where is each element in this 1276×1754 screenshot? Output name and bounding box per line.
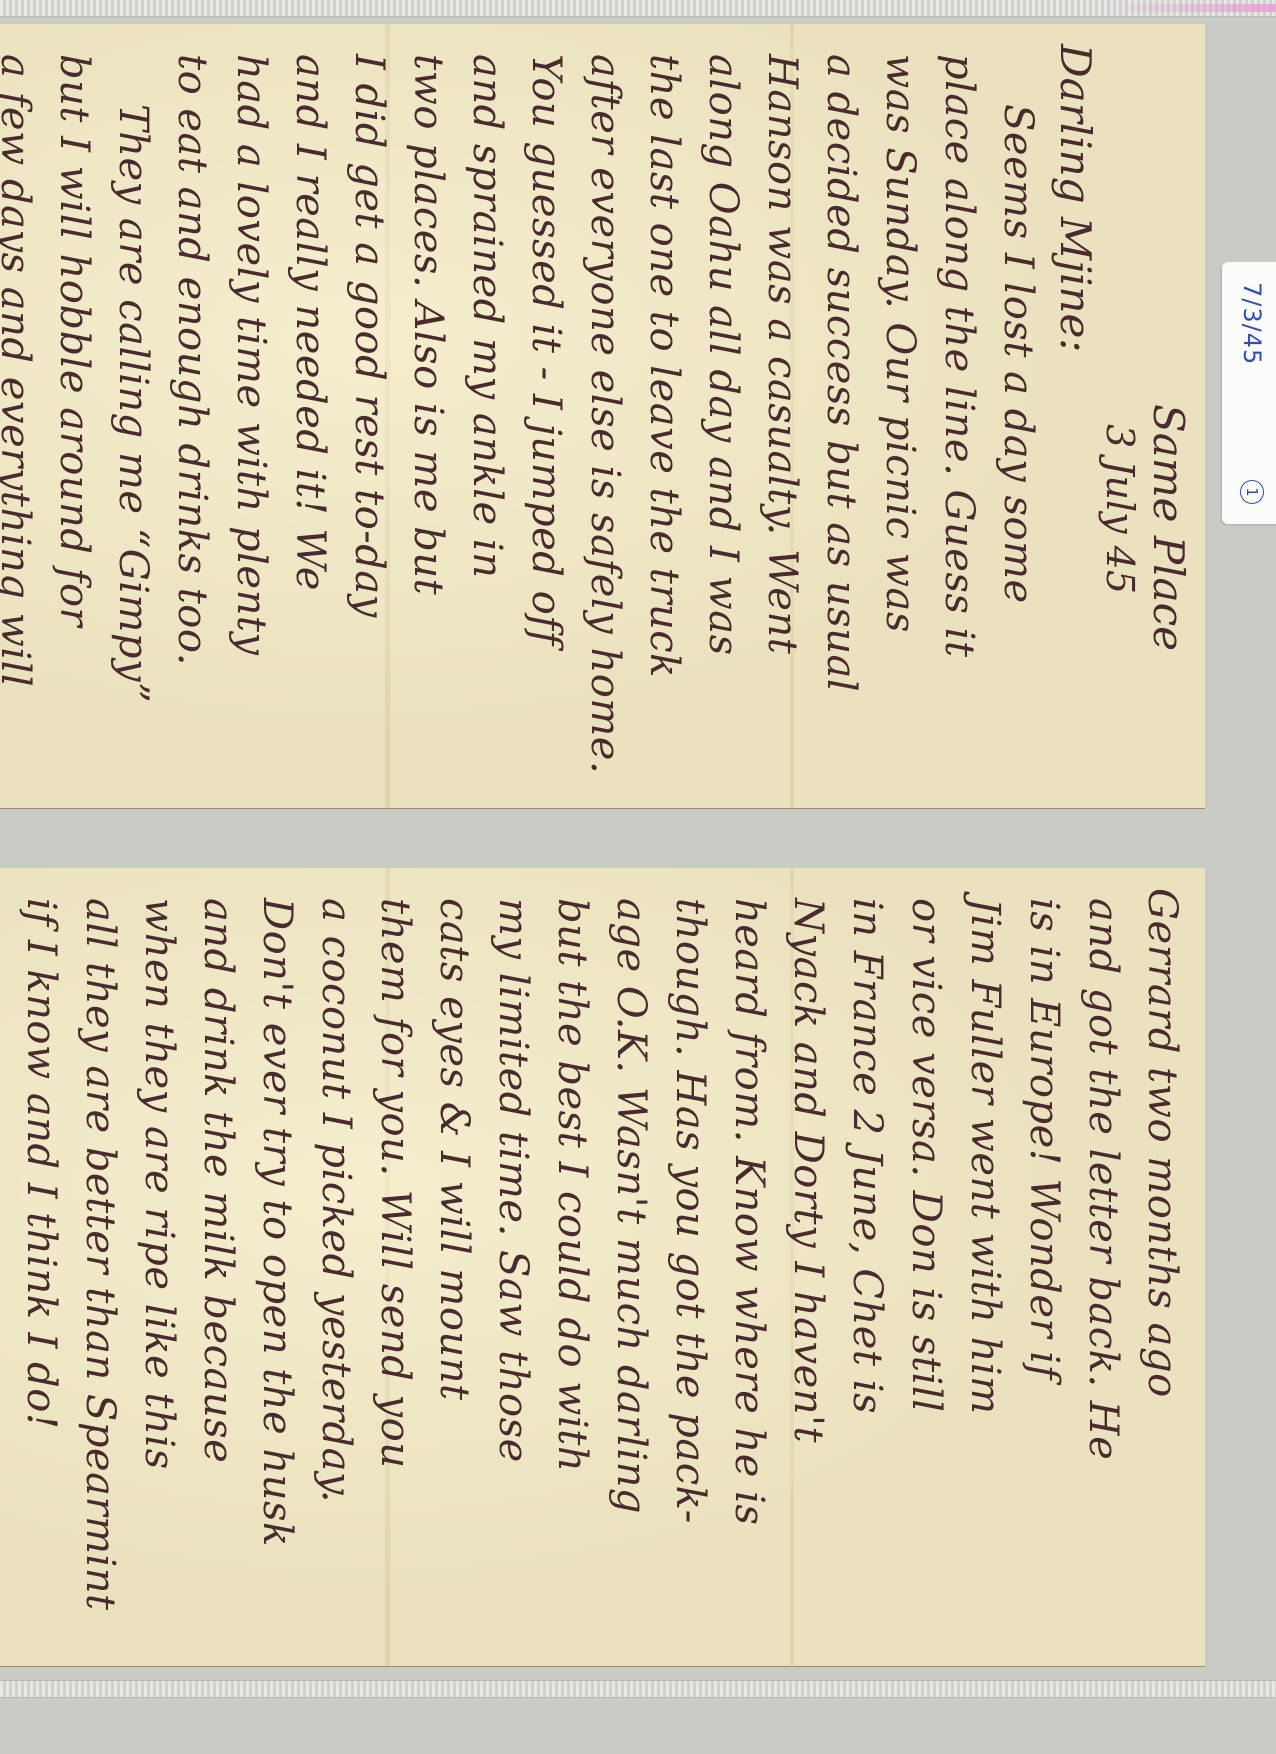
letter-line: is in Europe! Wonder if <box>1014 868 1073 1666</box>
sleeve-seam-bottom <box>0 1680 1276 1698</box>
letter-line: and got the letter back. He <box>1073 868 1132 1666</box>
letter-line: in France 2 June, Chet is <box>837 868 896 1666</box>
letter-line: Don't ever try to open the husk <box>247 868 306 1666</box>
letter-line: Gerrard two months ago <box>1132 868 1191 1666</box>
letter-line: all they are better than Spearmint <box>70 868 129 1666</box>
letter-line: place along the line. Guess it <box>929 24 988 808</box>
letter-line: age O.K. Wasn't much darling <box>601 868 660 1666</box>
letter-line: Seems I lost a day some <box>988 24 1047 808</box>
archive-tag-date: 7/3/45 <box>1238 282 1266 365</box>
letter-line: them for you. Will send you <box>365 868 424 1666</box>
letter-line: Jim Fuller went with him <box>955 868 1014 1666</box>
letter-line: but I will hobble around for <box>44 24 103 808</box>
archive-tag: 7/3/45 1 <box>1222 262 1276 524</box>
letter-line: a few days and everything will <box>0 24 44 808</box>
letter-line: to eat and enough drinks too. <box>162 24 221 808</box>
letter-place: Same Place <box>1143 24 1205 808</box>
letter-line: when they are ripe like this <box>129 868 188 1666</box>
letter-date: 3 July 45 <box>1097 24 1143 808</box>
letter-line: They are calling me “Gimpy” <box>103 24 162 808</box>
letter-line: the last one to leave the truck <box>634 24 693 808</box>
letter-line: cats eyes & I will mount <box>424 868 483 1666</box>
letter-line: heard from. Know where he is <box>719 868 778 1666</box>
letter-line: and drink the milk because <box>188 868 247 1666</box>
letter-line: along Oahu all day and I was <box>693 24 752 808</box>
letter-line: though. Has you got the pack- <box>660 868 719 1666</box>
letter-line: Hanson was a casualty. Went <box>752 24 811 808</box>
letter-line: was Sunday. Our picnic was <box>870 24 929 808</box>
letter-line: Green ones are the ones we <box>0 868 11 1666</box>
letter-line: Nyack and Dorty I haven't <box>778 868 837 1666</box>
letter-line: if I know and I think I do! <box>11 868 70 1666</box>
sleeve-seam-top <box>0 0 1276 17</box>
letter-salutation: Darling Mjine: <box>1047 24 1103 808</box>
letter-line: a coconut I picked yesterday. <box>306 868 365 1666</box>
archive-tag-page-number: 1 <box>1240 480 1264 504</box>
letter-line: but the best I could do with <box>542 868 601 1666</box>
page-2-writing: Gerrard two months ago and got the lette… <box>0 868 1205 1666</box>
letter-line: two places. Also is me but <box>398 24 457 808</box>
letter-line: after everyone else is safely home. <box>575 24 634 808</box>
letter-line: or vice versa. Don is still <box>896 868 955 1666</box>
letter-line: my limited time. Saw those <box>483 868 542 1666</box>
archive-tag-content: 7/3/45 1 <box>1222 262 1276 524</box>
letter-line: had a lovely time with plenty <box>221 24 280 808</box>
letter-page-1: Same Place 3 July 45 Darling Mjine: Seem… <box>0 24 1205 808</box>
letter-line: You guessed it - I jumped off <box>516 24 575 808</box>
letter-line: a decided success but as usual <box>811 24 870 808</box>
letter-line: and sprained my ankle in <box>457 24 516 808</box>
page-1-writing: Same Place 3 July 45 Darling Mjine: Seem… <box>0 24 1205 808</box>
letter-line: I did get a good rest to-day <box>339 24 398 808</box>
letter-line: and I really needed it! We <box>280 24 339 808</box>
letter-page-2: Gerrard two months ago and got the lette… <box>0 868 1205 1666</box>
